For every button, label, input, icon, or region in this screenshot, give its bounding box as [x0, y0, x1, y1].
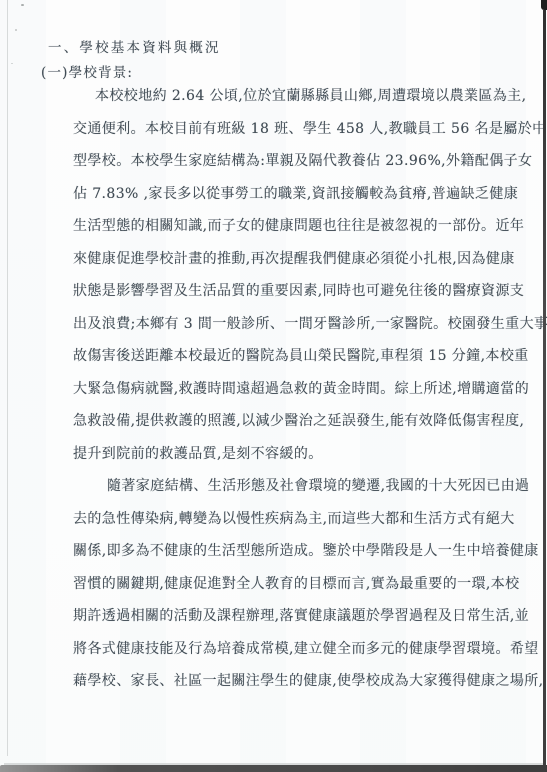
text-line: 狀態是影響學習及生活品質的重要因素,同時也可避免往後的醫療資源支 — [73, 275, 513, 308]
text-line: 故傷害後送距離本校最近的醫院為員山榮民醫院,車程須 15 分鐘,本校重 — [73, 340, 513, 373]
subsection-heading: (一)學校背景: — [41, 61, 133, 81]
text-line: 關係,即多為不健康的生活型態所造成。鑒於中學階段是人一生中培養健康 — [73, 535, 513, 568]
text-line: 急救設備,提供救護的照護,以減少醫治之延誤發生,能有效降低傷害程度, — [73, 405, 513, 438]
text-line: 交通便利。本校目前有班級 18 班、學生 458 人,教職員工 56 名是屬於中 — [73, 113, 513, 146]
text-line: 將各式健康技能及行為培養成常模,建立健全而多元的健康學習環境。希望 — [73, 633, 513, 666]
text-line: 本校校地約 2.64 公頃,位於宜蘭縣縣員山鄉,周遭環境以農業區為主, — [73, 80, 513, 113]
text-line: 型學校。本校學生家庭結構為:單親及隔代教養佔 23.96%,外籍配偶子女 — [73, 145, 513, 178]
text-line: 隨著家庭結構、生活形態及社會環境的變遷,我國的十大死因已由過 — [73, 470, 513, 503]
scanned-page: 一、學校基本資料與概況 (一)學校背景: 本校校地約 2.64 公頃,位於宜蘭縣… — [0, 0, 547, 772]
text-line: 提升到院前的救護品質,是刻不容緩的。 — [73, 438, 513, 471]
text-line: 期許透過相關的活動及課程辦理,落實健康議題於學習過程及日常生活,並 — [73, 600, 513, 633]
text-line: 藉學校、家長、社區一起關注學生的健康,使學校成為大家獲得健康之場所, — [73, 665, 513, 698]
text-line: 來健康促進學校計畫的推動,再次提醒我們健康必須從小扎根,因為健康 — [73, 243, 513, 276]
text-line: 大緊急傷病就醫,救護時間遠超過急救的黃金時間。綜上所述,增購適當的 — [73, 373, 513, 406]
text-line: 習慣的關鍵期,健康促進對全人教育的目標而言,實為最重要的一環,本校 — [73, 568, 513, 601]
scan-bottom-edge-bar — [0, 765, 547, 772]
scan-top-right-corner-mark — [541, 0, 547, 10]
body-text: 本校校地約 2.64 公頃,位於宜蘭縣縣員山鄉,周遭環境以農業區為主, 交通便利… — [73, 80, 513, 698]
scan-left-edge-line — [7, 0, 8, 756]
text-line: 生活型態的相關知識,而子女的健康問題也往往是被忽視的一部份。近年 — [73, 210, 513, 243]
section-heading: 一、學校基本資料與概況 — [48, 36, 221, 56]
text-line: 出及浪費;本鄉有 3 間一般診所、一間牙醫診所,一家醫院。校園發生重大事 — [73, 308, 513, 341]
scan-speck — [21, 4, 24, 6]
scan-speck — [11, 63, 13, 64]
scan-right-edge-line — [543, 10, 546, 767]
text-line: 佔 7.83% ,家長多以從事勞工的職業,資訊接觸較為貧瘠,普遍缺乏健康 — [73, 178, 513, 211]
text-line: 去的急性傳染病,轉變為以慢性疾病為主,而這些大都和生活方式有絕大 — [73, 503, 513, 536]
scan-speck — [15, 29, 17, 31]
